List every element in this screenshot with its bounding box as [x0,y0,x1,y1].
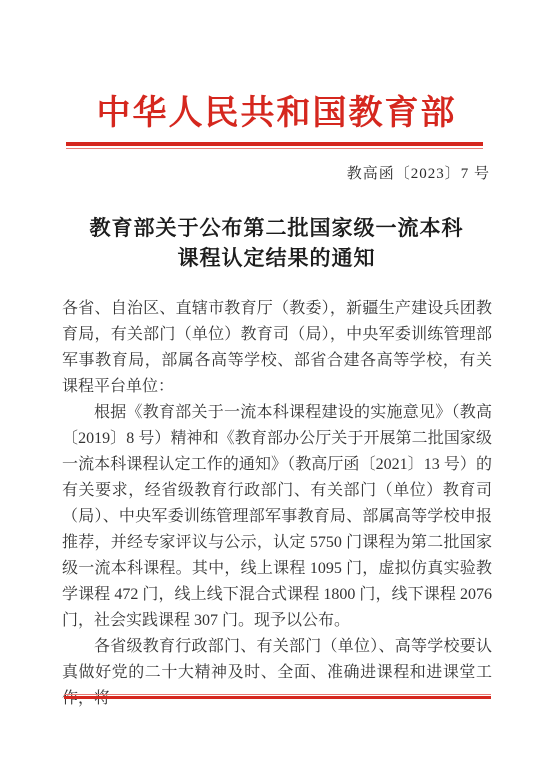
footer-double-rule [64,694,491,699]
document-reference-number: 教高函〔2023〕7 号 [347,164,490,184]
header-double-rule [66,142,483,149]
footer-rule-thick [64,696,491,699]
closing-paragraph: 各省级教育行政部门、有关部门（单位）、高等学校要认真做好党的二十大精神及时、全面… [62,634,492,712]
header-rule-thin [66,148,483,149]
salutation-paragraph: 各省、自治区、直辖市教育厅（教委），新疆生产建设兵团教育局，有关部门（单位）教育… [62,296,492,400]
footer-rule-thin [64,694,491,695]
document-title: 教育部关于公布第二批国家级一流本科 课程认定结果的通知 [0,213,553,273]
document-body: 各省、自治区、直辖市教育厅（教委），新疆生产建设兵团教育局，有关部门（单位）教育… [62,296,492,712]
header-rule-thick [66,142,483,146]
document-title-line-2: 课程认定结果的通知 [0,243,553,273]
document-title-line-1: 教育部关于公布第二批国家级一流本科 [0,213,553,243]
official-document-page: 中华人民共和国教育部 教高函〔2023〕7 号 教育部关于公布第二批国家级一流本… [0,0,553,782]
agency-title: 中华人民共和国教育部 [0,93,553,135]
main-paragraph: 根据《教育部关于一流本科课程建设的实施意见》（教高〔2019〕8 号）精神和《教… [62,400,492,634]
